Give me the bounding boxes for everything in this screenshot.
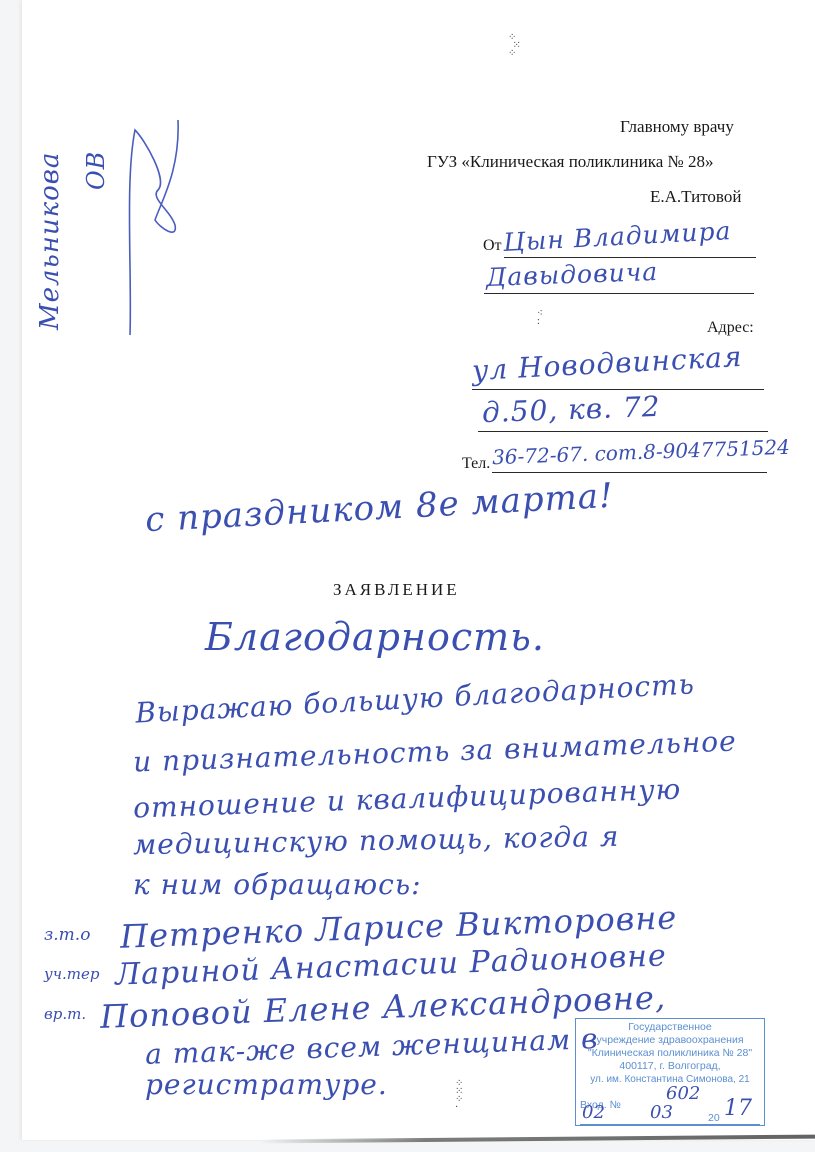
stamp-date-row: 02 03 20 17: [580, 1112, 760, 1125]
margin-note-initials: ОВ: [82, 151, 110, 190]
stamp-date-year-prefix: 20: [708, 1112, 720, 1125]
address-underline1: [472, 389, 764, 390]
from-label: От: [483, 237, 502, 255]
scan-specks: ⁘ ⁙⁘: [508, 34, 523, 58]
stamp-line3: "Клиническая поликлиника № 28": [576, 1047, 764, 1060]
addressee-line2: ГУЗ «Клиническая поликлиника № 28»: [427, 152, 713, 172]
closing-line: регистратуре.: [145, 1068, 388, 1101]
from-underline2: [484, 293, 754, 294]
signature: [120, 120, 190, 350]
margin-note-name: Мельникова: [35, 152, 65, 330]
staff-role: з.т.о: [44, 925, 90, 945]
scan-specks: ⁘⁙⁘·: [455, 1080, 465, 1112]
addressee-line1: Главному врачу: [620, 117, 734, 137]
registration-stamp: Государственное учреждение здравоохранен…: [575, 1018, 765, 1126]
address-line2: д.50, кв. 72: [481, 390, 661, 429]
address-underline2: [478, 431, 768, 432]
stamp-line2: учреждение здравоохранения: [576, 1034, 764, 1047]
stamp-line4: 400117, г. Волгоград,: [576, 1060, 764, 1073]
stamp-date-day: 02: [582, 1106, 605, 1119]
stamp-date-year-suffix: 17: [724, 1102, 752, 1115]
body-line: к ним обращаюсь:: [133, 868, 422, 901]
address-label: Адрес:: [707, 319, 754, 337]
subject: Благодарность.: [205, 615, 545, 659]
staff-role: уч.тер: [44, 965, 100, 983]
staff-role: вр.т.: [44, 1005, 86, 1023]
phone-label: Тел.: [462, 455, 490, 473]
stamp-incoming-number: 602: [666, 1087, 700, 1100]
document-title: ЗАЯВЛЕНИЕ: [333, 580, 460, 600]
addressee-line3: Е.А.Титовой: [650, 187, 741, 207]
from-name-line2: Давыдовича: [486, 257, 659, 292]
phone-underline: [492, 472, 767, 473]
scan-specks: ⁖:: [537, 310, 545, 326]
stamp-date-month: 03: [650, 1106, 673, 1119]
stamp-line1: Государственное: [576, 1021, 764, 1034]
